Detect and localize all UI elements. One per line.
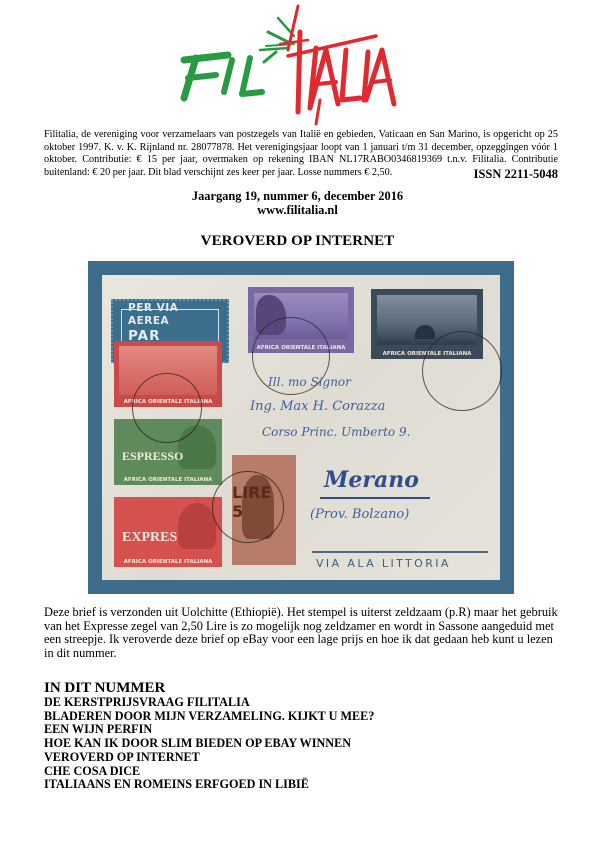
footer-rule [312,551,488,553]
toc-item: EEN WIJN PERFIN [44,723,564,737]
envelope-paper: PER VIA AEREA PAR AVION AFRICA ORIENTALE… [102,275,500,580]
cover-image-envelope: PER VIA AEREA PAR AVION AFRICA ORIENTALE… [88,261,514,594]
toc-item: CHE COSA DICE [44,765,564,779]
address-province: (Prov. Bolzano) [310,507,409,522]
website-link[interactable]: www.filitalia.nl [0,203,595,217]
toc-item: BLADEREN DOOR MIJN VERZAMELING. KIJKT U … [44,710,564,724]
address-line2: Ing. Max H. Corazza [250,399,385,414]
address-city: Merano [324,467,419,493]
address-line3: Corso Princ. Umberto 9. [262,425,410,439]
toc-list: DE KERSTPRIJSVRAAG FILITALIA BLADEREN DO… [44,696,564,792]
stamp-red-expres: EXPRES AFRICA ORIENTALE ITALIANA [114,497,222,567]
issue-line: Jaargang 19, nummer 6, december 2016 [0,189,595,203]
toc-heading: IN DIT NUMMER [44,680,564,696]
printed-footer: VIA ALA LITTORIA [316,557,451,570]
toc-item: DE KERSTPRIJSVRAAG FILITALIA [44,696,564,710]
postmark [422,331,502,411]
toc-item: VEROVERD OP INTERNET [44,751,564,765]
issue-info: Jaargang 19, nummer 6, december 2016 www… [0,189,595,217]
filitalia-logo [170,0,420,128]
issn: ISSN 2211-5048 [474,168,558,181]
city-underline [320,497,430,499]
table-of-contents: IN DIT NUMMER DE KERSTPRIJSVRAAG FILITAL… [44,680,564,792]
body-paragraph: Deze brief is verzonden uit Uolchitte (E… [44,606,564,660]
association-intro: Filitalia, de vereniging voor verzamelaa… [44,129,558,179]
postmark [132,373,202,443]
airmail-label-line1: PER VIA AEREA [128,302,218,328]
page-title: VEROVERD OP INTERNET [0,233,595,250]
toc-item: HOE KAN IK DOOR SLIM BIEDEN OP EBAY WINN… [44,737,564,751]
toc-item: ITALIAANS EN ROMEINS ERFGOED IN LIBIË [44,778,564,792]
address-line1: Ill. mo Signor [268,375,351,389]
postmark [212,471,284,543]
